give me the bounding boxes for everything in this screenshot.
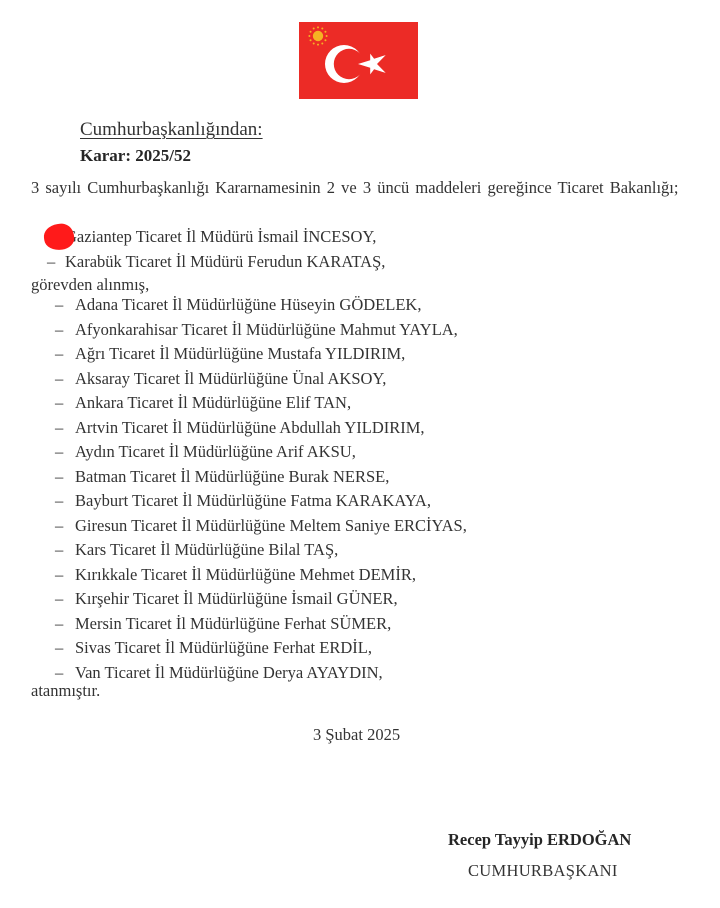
- appointment-entry: Mersin Ticaret İl Müdürlüğüne Ferhat SÜM…: [75, 614, 391, 633]
- appointment-entry: Ankara Ticaret İl Müdürlüğüne Elif TAN,: [75, 393, 351, 412]
- dismissed-list: – Gaziantep Ticaret İl Müdürü İsmail İNC…: [31, 225, 691, 274]
- list-item: –Sivas Ticaret İl Müdürlüğüne Ferhat ERD…: [31, 636, 691, 661]
- decision-date: 3 Şubat 2025: [313, 725, 400, 745]
- signer-title: CUMHURBAŞKANI: [468, 861, 618, 881]
- list-item: –Van Ticaret İl Müdürlüğüne Derya AYAYDI…: [31, 661, 691, 686]
- list-item: –Mersin Ticaret İl Müdürlüğüne Ferhat SÜ…: [31, 612, 691, 637]
- list-item: –Bayburt Ticaret İl Müdürlüğüne Fatma KA…: [31, 489, 691, 514]
- dash-bullet: –: [55, 636, 63, 661]
- list-item: –Giresun Ticaret İl Müdürlüğüne Meltem S…: [31, 514, 691, 539]
- list-item: –Ankara Ticaret İl Müdürlüğüne Elif TAN,: [31, 391, 691, 416]
- dismissed-entry: Gaziantep Ticaret İl Müdürü İsmail İNCES…: [65, 227, 376, 246]
- dash-bullet: –: [55, 489, 63, 514]
- list-item: –Aydın Ticaret İl Müdürlüğüne Arif AKSU,: [31, 440, 691, 465]
- appointment-entry: Artvin Ticaret İl Müdürlüğüne Abdullah Y…: [75, 418, 425, 437]
- list-item: –Ağrı Ticaret İl Müdürlüğüne Mustafa YIL…: [31, 342, 691, 367]
- issuer-heading: Cumhurbaşkanlığından:: [80, 119, 263, 141]
- appointed-closing: atanmıştır.: [31, 679, 100, 704]
- dash-bullet: –: [55, 342, 63, 367]
- appointment-entry: Batman Ticaret İl Müdürlüğüne Burak NERS…: [75, 467, 389, 486]
- appointment-entry: Kırşehir Ticaret İl Müdürlüğüne İsmail G…: [75, 589, 398, 608]
- list-item: –Kars Ticaret İl Müdürlüğüne Bilal TAŞ,: [31, 538, 691, 563]
- dash-bullet: –: [55, 416, 63, 441]
- appointment-entry: Kırıkkale Ticaret İl Müdürlüğüne Mehmet …: [75, 565, 416, 584]
- list-item: –Adana Ticaret İl Müdürlüğüne Hüseyin GÖ…: [31, 293, 691, 318]
- appointment-entry: Sivas Ticaret İl Müdürlüğüne Ferhat ERDİ…: [75, 638, 372, 657]
- dash-bullet: –: [47, 250, 55, 275]
- dash-bullet: –: [55, 440, 63, 465]
- dash-bullet: –: [55, 538, 63, 563]
- intro-paragraph: 3 sayılı Cumhurbaşkanlığı Kararnamesinin…: [31, 176, 686, 201]
- appointment-entry: Ağrı Ticaret İl Müdürlüğüne Mustafa YILD…: [75, 344, 405, 363]
- dash-bullet: –: [55, 612, 63, 637]
- flag-icon: [299, 22, 418, 99]
- dash-bullet: –: [55, 391, 63, 416]
- dash-bullet: –: [55, 563, 63, 588]
- dash-bullet: –: [55, 514, 63, 539]
- appointment-entry: Afyonkarahisar Ticaret İl Müdürlüğüne Ma…: [75, 320, 458, 339]
- list-item: –Aksaray Ticaret İl Müdürlüğüne Ünal AKS…: [31, 367, 691, 392]
- turkish-presidential-flag: [299, 22, 418, 99]
- dash-bullet: –: [55, 465, 63, 490]
- list-item: –Kırşehir Ticaret İl Müdürlüğüne İsmail …: [31, 587, 691, 612]
- dash-bullet: –: [55, 318, 63, 343]
- list-item: –Artvin Ticaret İl Müdürlüğüne Abdullah …: [31, 416, 691, 441]
- dismissed-entry: Karabük Ticaret İl Müdürü Ferudun KARATA…: [65, 252, 385, 271]
- list-item: –Batman Ticaret İl Müdürlüğüne Burak NER…: [31, 465, 691, 490]
- list-item: – Gaziantep Ticaret İl Müdürü İsmail İNC…: [31, 225, 691, 250]
- appointment-entry: Van Ticaret İl Müdürlüğüne Derya AYAYDIN…: [75, 663, 383, 682]
- dash-bullet: –: [55, 367, 63, 392]
- decision-number: Karar: 2025/52: [80, 146, 191, 166]
- signer-name: Recep Tayyip ERDOĞAN: [448, 830, 631, 850]
- dash-bullet: –: [55, 587, 63, 612]
- appointment-entry: Kars Ticaret İl Müdürlüğüne Bilal TAŞ,: [75, 540, 338, 559]
- list-item: –Kırıkkale Ticaret İl Müdürlüğüne Mehmet…: [31, 563, 691, 588]
- list-item: – Karabük Ticaret İl Müdürü Ferudun KARA…: [31, 250, 691, 275]
- appointment-entry: Adana Ticaret İl Müdürlüğüne Hüseyin GÖD…: [75, 295, 421, 314]
- appointment-entry: Bayburt Ticaret İl Müdürlüğüne Fatma KAR…: [75, 491, 431, 510]
- appointed-list: –Adana Ticaret İl Müdürlüğüne Hüseyin GÖ…: [31, 293, 691, 685]
- dash-bullet: –: [55, 293, 63, 318]
- appointment-entry: Aksaray Ticaret İl Müdürlüğüne Ünal AKSO…: [75, 369, 386, 388]
- list-item: –Afyonkarahisar Ticaret İl Müdürlüğüne M…: [31, 318, 691, 343]
- appointment-entry: Giresun Ticaret İl Müdürlüğüne Meltem Sa…: [75, 516, 467, 535]
- appointment-entry: Aydın Ticaret İl Müdürlüğüne Arif AKSU,: [75, 442, 356, 461]
